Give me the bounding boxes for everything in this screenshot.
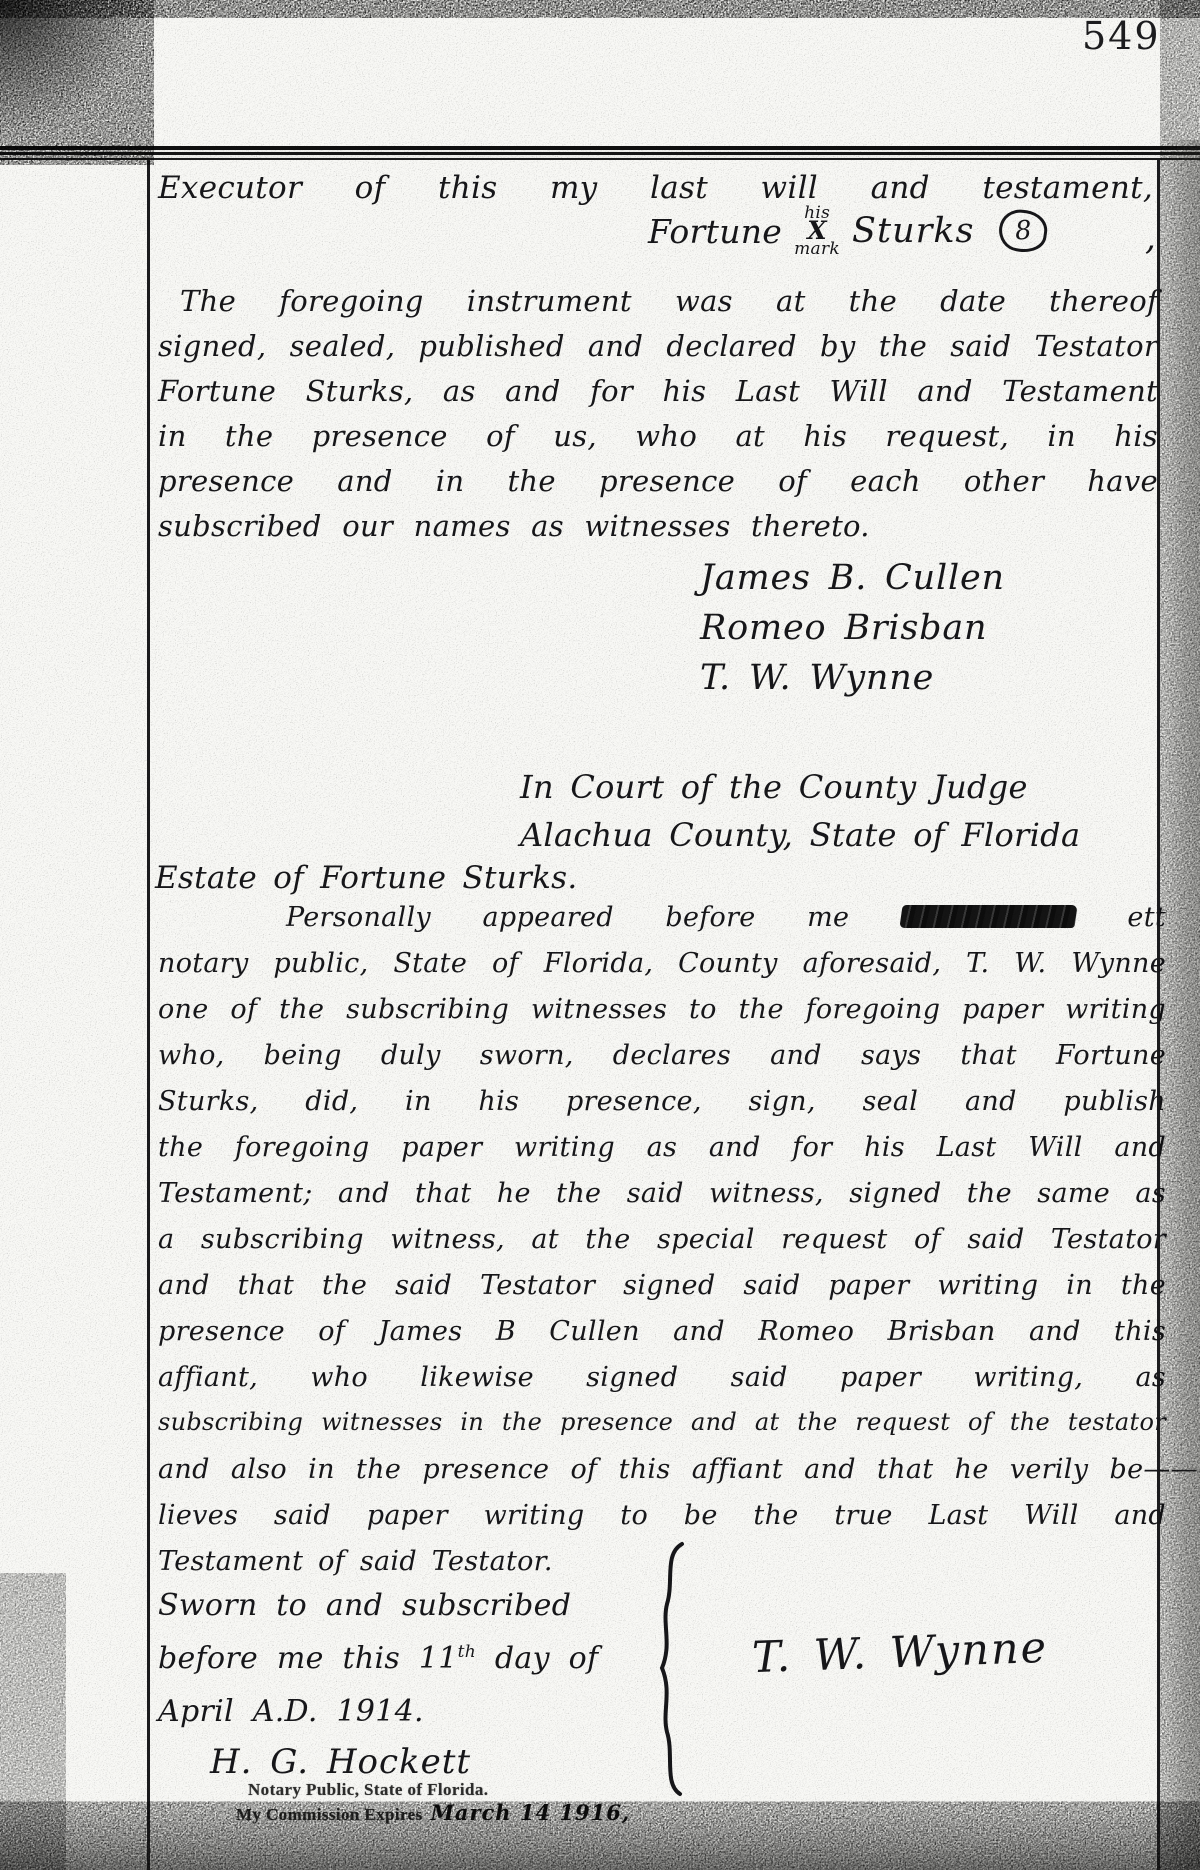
affidavit-line: the foregoing paper writing as and for h… [158,1132,1166,1178]
scan-corner-shadow [0,0,150,140]
affidavit-opening-line: Personally appeared before me ett [158,902,1166,948]
attestation-line: The foregoing instrument was at the date… [158,284,1158,329]
scan-right-edge-shadow [1164,140,1200,1870]
affidavit-paragraph: Personally appeared before me ett notary… [158,902,1166,1592]
affidavit-line: presence of James B Cullen and Romeo Bri… [158,1316,1166,1362]
witness-signatures: James B. Cullen Romeo Brisban T. W. Wynn… [700,558,1005,708]
stray-comma-mark: , [1145,218,1156,258]
affidavit-opening-text: Personally appeared before me [286,902,849,933]
court-heading: In Court of the County Judge Alachua Cou… [520,768,1080,864]
affidavit-line: and also in the presence of this affiant… [158,1454,1198,1500]
x-mark-icon: his X mark [794,206,840,256]
affidavit-line: notary public, State of Florida, County … [158,948,1166,994]
jurat-line: Sworn to and subscribed [158,1588,598,1641]
jurat-line2-ordinal: th [458,1642,476,1662]
affidavit-line: and that the said Testator signed said p… [158,1270,1166,1316]
attestation-line: signed, sealed, published and declared b… [158,329,1158,374]
page-number: 549 [1082,14,1161,58]
attestation-line: Fortune Sturks, as and for his Last Will… [158,374,1158,419]
affidavit-line: affiant, who likewise signed said paper … [158,1362,1166,1408]
witness-signature: T. W. Wynne [700,658,1005,708]
witness-signature: James B. Cullen [700,558,1005,608]
stamp-line1: Notary Public, State of Florida. [248,1780,630,1800]
affidavit-line: a subscribing witness, at the special re… [158,1224,1166,1270]
seal-scribble: 8 [1013,216,1032,247]
top-double-rule [0,146,1200,163]
affidavit-line: one of the subscribing witnesses to the … [158,994,1166,1040]
affidavit-line: Sturks, did, in his presence, sign, seal… [158,1086,1166,1132]
scan-bottom-shadow [0,1810,1200,1870]
jurat-brace-icon [648,1540,692,1798]
attestation-line: presence and in the presence of each oth… [158,464,1158,509]
jurat-line: before me this 11th day of [158,1641,598,1694]
affidavit-line: Testament; and that he the said witness,… [158,1178,1166,1224]
attestation-line: in the presence of us, who at his reques… [158,419,1158,464]
attestation-paragraph: The foregoing instrument was at the date… [158,284,1158,554]
witness-signature: Romeo Brisban [700,608,1005,658]
jurat-line2-suffix: day of [476,1641,598,1676]
executor-closing-line: Executor of this my last will and testam… [158,170,1153,206]
struck-out-name [899,905,1077,928]
estate-caption: Estate of Fortune Sturks. [155,860,578,896]
left-margin-rule [147,160,150,1870]
struck-name-visible-tail: ett [1127,902,1166,933]
affiant-signature: T. W. Wynne [751,1623,1049,1683]
testator-first-name: Fortune [648,212,782,251]
jurat-line: April A.D. 1914. [158,1694,598,1747]
affidavit-line: subscribing witnesses in the presence an… [158,1408,1166,1454]
jurat-block: Sworn to and subscribed before me this 1… [158,1588,598,1747]
seal-icon: 8 [996,207,1049,255]
notary-signature: H. G. Hockett [210,1742,471,1782]
court-heading-line: In Court of the County Judge [520,768,1080,816]
attestation-line: subscribed our names as witnesses theret… [158,509,1158,554]
jurat-line2-prefix: before me this 11 [158,1641,458,1676]
testator-signature: Fortune his X mark Sturks 8 [648,206,1047,256]
court-heading-line: Alachua County, State of Florida [520,816,1080,864]
affidavit-line: who, being duly sworn, declares and says… [158,1040,1166,1086]
x-mark-mark-label: mark [794,242,840,256]
testator-last-name: Sturks [852,211,974,251]
probate-record-page: 549 Executor of this my last will and te… [0,0,1200,1870]
